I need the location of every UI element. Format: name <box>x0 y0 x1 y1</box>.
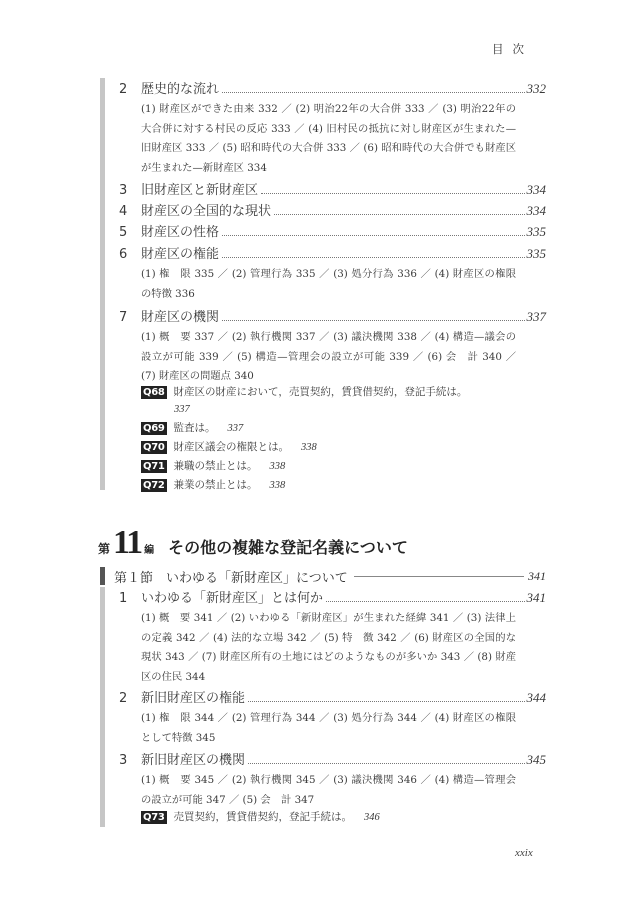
question-text: 兼業の禁止とは。 <box>174 477 258 494</box>
question-page: 338 <box>301 439 317 456</box>
toc-entry[interactable]: 1 いわゆる「新財産区」とは何か 341 <box>119 587 546 605</box>
toc-block-2: 1 いわゆる「新財産区」とは何か 341 (1) 概 要 341 ／ (2) い… <box>100 587 546 827</box>
question-badge: Q72 <box>141 479 167 492</box>
subsection-list: (1) 権 限 335 ／ (2) 管理行為 335 ／ (3) 処分行為 33… <box>141 265 516 304</box>
question-text: 監査は。 <box>174 420 216 437</box>
question-text: 財産区議会の権限とは。 <box>174 439 290 456</box>
dot-leader <box>222 234 524 236</box>
question-text: 財産区の財産において，売買契約，賃貸借契約，登記手続は。 <box>174 384 468 401</box>
dot-leader <box>222 319 524 321</box>
entry-page: 341 <box>527 590 547 606</box>
entry-title: 財産区の機関 <box>141 306 219 325</box>
entry-number: 4 <box>119 204 141 219</box>
dot-leader <box>248 700 524 702</box>
toc-entry[interactable]: 6 財産区の権能 335 <box>119 243 546 261</box>
question-item[interactable]: Q69 監査は。 337 <box>141 420 243 437</box>
question-badge: Q71 <box>141 460 167 473</box>
section-page: 341 <box>528 569 546 584</box>
question-page: 338 <box>270 458 286 475</box>
entry-title: 財産区の全国的な現状 <box>141 200 271 219</box>
toc-entry[interactable]: 2 新旧財産区の権能 344 <box>119 687 546 705</box>
section-rule <box>354 576 524 577</box>
chapter-suffix: 編 <box>144 541 154 556</box>
entry-page: 345 <box>527 752 547 768</box>
question-item[interactable]: Q72 兼業の禁止とは。 338 <box>141 477 285 494</box>
toc-entry[interactable]: 5 財産区の性格 335 <box>119 221 546 239</box>
question-item[interactable]: Q71 兼職の禁止とは。 338 <box>141 458 285 475</box>
toc-entry[interactable]: 4 財産区の全国的な現状 334 <box>119 200 546 218</box>
section-heading[interactable]: 第１節 いわゆる「新財産区」について 341 <box>100 567 546 585</box>
question-badge: Q73 <box>141 811 167 824</box>
entry-page: 344 <box>527 690 547 706</box>
subsection-list: (1) 概 要 341 ／ (2) いわゆる「新財産区」が生まれた経緯 341 … <box>141 609 516 687</box>
entry-title: 旧財産区と新財産区 <box>141 179 258 198</box>
entry-title: 財産区の権能 <box>141 243 219 262</box>
chapter-prefix: 第 <box>98 540 110 557</box>
dot-leader <box>274 213 524 215</box>
toc-entry[interactable]: 3 旧財産区と新財産区 334 <box>119 179 546 197</box>
dot-leader <box>222 91 524 93</box>
dot-leader <box>248 762 524 764</box>
subsection-list: (1) 概 要 337 ／ (2) 執行機関 337 ／ (3) 議決機関 33… <box>141 328 516 387</box>
entry-number: 1 <box>119 591 141 606</box>
question-page: 338 <box>270 477 286 494</box>
entry-page: 335 <box>527 246 547 262</box>
chapter-title: その他の複雑な登記名義について <box>168 535 408 558</box>
question-item[interactable]: Q73 売買契約，賃貸借契約，登記手続は。 346 <box>141 809 380 826</box>
section-marker <box>100 567 105 585</box>
question-badge: Q68 <box>141 386 167 399</box>
question-page: 346 <box>364 809 380 826</box>
chapter-heading: 第 11 編 その他の複雑な登記名義について <box>98 524 408 562</box>
subsection-list: (1) 権 限 344 ／ (2) 管理行為 344 ／ (3) 処分行為 34… <box>141 709 516 748</box>
entry-page: 337 <box>527 309 547 325</box>
question-text: 兼職の禁止とは。 <box>174 458 258 475</box>
chapter-number: 11 <box>113 524 141 562</box>
entry-page: 334 <box>527 182 547 198</box>
entry-title: いわゆる「新財産区」とは何か <box>141 587 323 606</box>
toc-entry[interactable]: 3 新旧財産区の機関 345 <box>119 749 546 767</box>
dot-leader <box>222 256 524 258</box>
question-page: 337 <box>174 401 190 418</box>
entry-page: 335 <box>527 224 547 240</box>
question-badge: Q69 <box>141 422 167 435</box>
subsection-list: (1) 概 要 345 ／ (2) 執行機関 345 ／ (3) 議決機関 34… <box>141 771 516 810</box>
toc-block-1: 2 歴史的な流れ 332 (1) 財産区ができた由来 332 ／ (2) 明治2… <box>100 78 546 490</box>
question-page: 337 <box>228 420 244 437</box>
dot-leader <box>326 600 524 602</box>
entry-title: 新旧財産区の機関 <box>141 749 245 768</box>
entry-number: 6 <box>119 247 141 262</box>
entry-number: 7 <box>119 310 141 325</box>
entry-title: 新旧財産区の権能 <box>141 687 245 706</box>
entry-title: 歴史的な流れ <box>141 78 219 97</box>
question-item[interactable]: Q68 財産区の財産において，売買契約，賃貸借契約，登記手続は。 337 <box>141 384 467 401</box>
sidebar-bar <box>100 78 105 490</box>
entry-number: 2 <box>119 82 141 97</box>
running-head: 目次 <box>492 41 533 57</box>
entry-number: 5 <box>119 225 141 240</box>
dot-leader <box>261 192 524 194</box>
entry-page: 332 <box>527 81 547 97</box>
toc-entry[interactable]: 7 財産区の機関 337 <box>119 306 546 324</box>
entry-title: 財産区の性格 <box>141 221 219 240</box>
toc-entry[interactable]: 2 歴史的な流れ 332 <box>119 78 546 96</box>
section-title: 第１節 いわゆる「新財産区」について <box>114 567 348 586</box>
question-badge: Q70 <box>141 441 167 454</box>
entry-number: 3 <box>119 183 141 198</box>
entry-number: 3 <box>119 753 141 768</box>
entry-number: 2 <box>119 691 141 706</box>
question-item[interactable]: Q70 財産区議会の権限とは。 338 <box>141 439 317 456</box>
sidebar-bar <box>100 587 105 827</box>
subsection-list: (1) 財産区ができた由来 332 ／ (2) 明治22年の大合併 333 ／ … <box>141 100 516 178</box>
question-text: 売買契約，賃貸借契約，登記手続は。 <box>174 809 353 826</box>
page-number: xxix <box>515 847 533 859</box>
entry-page: 334 <box>527 203 547 219</box>
